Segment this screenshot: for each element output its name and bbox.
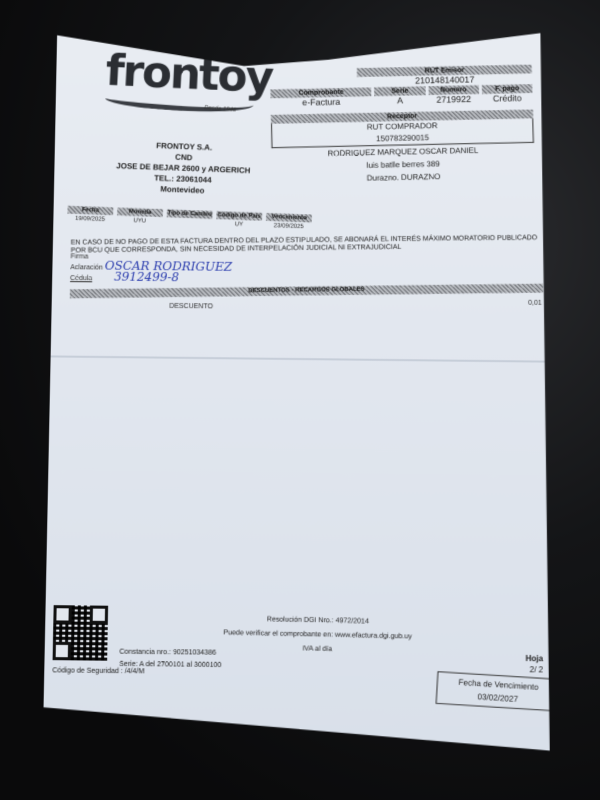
cedula-handwritten: 3912499-8: [114, 270, 179, 285]
tipo-cambio-value: [167, 219, 213, 221]
qr-finder-icon: [53, 605, 72, 623]
hoja-value: 2/ 2: [526, 664, 544, 675]
invoice-paper: frontoy Desde 1946 FRONTOY S.A. CND JOSE…: [42, 21, 550, 766]
details-col-tipo-cambio: Tipo de Cambio: [166, 209, 212, 226]
codigo-seguridad: Código de Seguridad : /4/4/M: [52, 667, 144, 675]
numero-value: 2719922: [428, 94, 479, 106]
vencimiento-value: 23/09/2025: [266, 223, 312, 231]
details-col-vencimiento: Vencimiento23/09/2025: [266, 213, 312, 230]
fecha-label: Fecha: [67, 206, 113, 216]
hoja-block: Hoja 2/ 2: [526, 653, 544, 676]
moneda-value: UYU: [117, 217, 163, 225]
tipo-cambio-label: Tipo de Cambio: [167, 209, 213, 219]
footer-center: Resolución DGI Nro.: 4972/2014 Puede ver…: [186, 611, 449, 659]
moneda-label: Moneda: [117, 208, 163, 218]
globals-line-amount: 0,01: [528, 300, 542, 307]
details-col-moneda: MonedaUYU: [117, 208, 163, 225]
details-col-pais: Código de PaísUY: [216, 211, 262, 228]
vencimiento-label: Vencimiento: [266, 213, 312, 223]
serie-value: A: [375, 95, 426, 107]
fecha-value: 19/09/2025: [67, 216, 113, 224]
header-box: RUT Emisor 210148140017 Comprobante Seri…: [270, 65, 535, 187]
forma-pago-value: Crédito: [482, 93, 533, 105]
details-row: Fecha19/09/2025 MonedaUYU Tipo de Cambio…: [67, 206, 312, 231]
pais-label: Código de País: [216, 211, 262, 221]
receptor-details: RODRIGUEZ MARQUEZ OSCAR DANIEL luis batl…: [272, 143, 536, 187]
aclaracion-label: Aclaración: [70, 264, 103, 271]
logo-tagline: Desde 1946: [204, 105, 236, 113]
legal-text: EN CASO DE NO PAGO DE ESTA FACTURA DENTR…: [71, 235, 539, 256]
comprobante-value: e-Factura: [271, 96, 372, 109]
signature-block: Firma Aclaración OSCAR RODRIGUEZ Cédula …: [70, 253, 232, 284]
constancia-text: Constancia nro.: 90251034386: [119, 647, 221, 660]
qr-finder-icon: [90, 606, 108, 624]
cedula-label: Cédula: [70, 275, 92, 282]
emisor-block: FRONTOY S.A. CND JOSE DE BEJAR 2600 y AR…: [83, 138, 283, 199]
fecha-vencimiento-box: Fecha de Vencimiento 03/02/2027: [436, 671, 561, 712]
globals-line-label: DESCUENTO: [169, 303, 213, 310]
hoja-label: Hoja: [526, 653, 544, 664]
receptor-box: Receptor RUT COMPRADOR 150783290015 RODR…: [271, 110, 535, 187]
pais-value: UY: [216, 221, 262, 229]
paper-fold: [51, 355, 550, 362]
qr-finder-icon: [53, 642, 72, 661]
qr-code-icon: [53, 605, 109, 661]
details-col-fecha: Fecha19/09/2025: [67, 206, 113, 223]
firma-label: Firma: [70, 253, 88, 260]
globals-header: DESCUENTOS - RECARGOS GLOBALES: [70, 284, 543, 299]
